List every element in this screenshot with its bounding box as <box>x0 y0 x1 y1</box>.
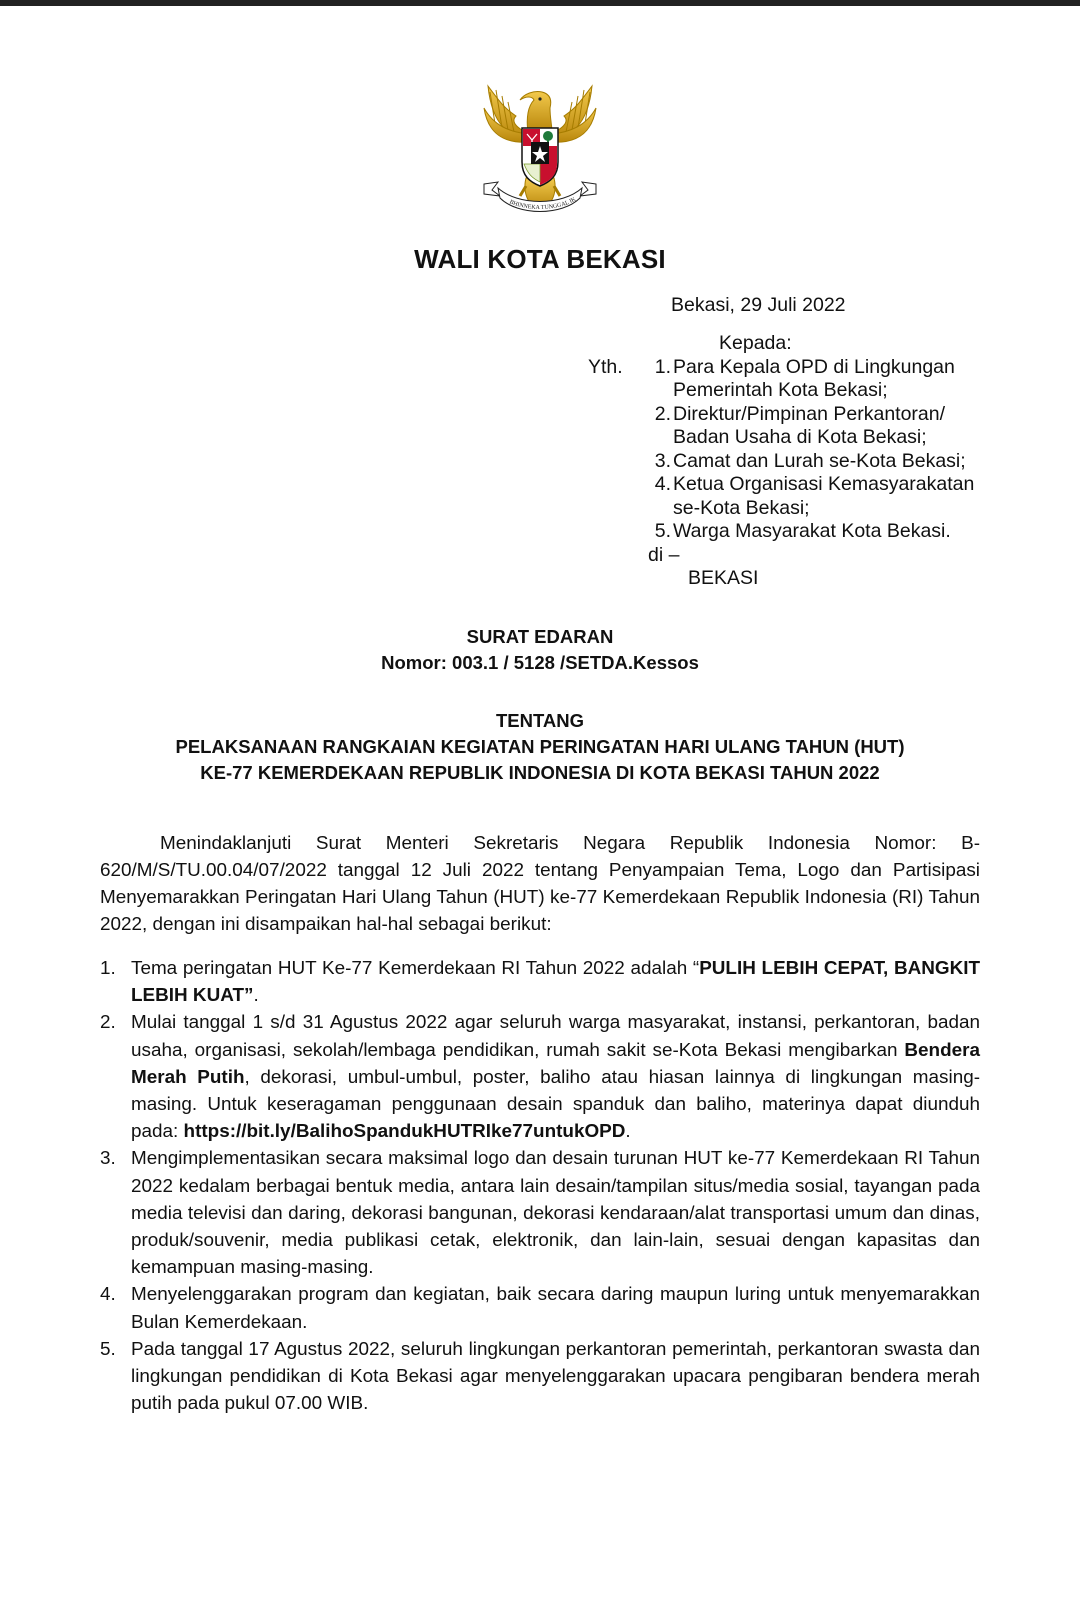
point-number: 5. <box>100 1336 131 1418</box>
point-text: Tema peringatan HUT Ke-77 Kemerdekaan RI… <box>131 955 980 1009</box>
point-number: 3. <box>100 1145 131 1281</box>
point-text: Mulai tanggal 1 s/d 31 Agustus 2022 agar… <box>131 1009 980 1145</box>
point-number: 1. <box>100 955 131 1009</box>
point-text: Menyelenggarakan program dan kegiatan, b… <box>131 1281 980 1335</box>
recipient-text: Para Kepala OPD di Lingkungan <box>671 356 955 380</box>
recipient-text: Pemerintah Kota Bekasi; <box>671 379 888 403</box>
recipient-text: Direktur/Pimpinan Perkantoran/ <box>671 403 945 427</box>
recipient-number: 1. <box>648 356 671 380</box>
recipient-number: 4. <box>648 473 671 497</box>
recipient-item: 2. Direktur/Pimpinan Perkantoran/ <box>600 403 974 427</box>
place-date: Bekasi, 29 Juli 2022 <box>671 294 846 317</box>
point-text: Mengimplementasikan secara maksimal logo… <box>131 1145 980 1281</box>
points-list: 1. Tema peringatan HUT Ke-77 Kemerdekaan… <box>100 955 980 1417</box>
recipient-item: 5. Warga Masyarakat Kota Bekasi. <box>600 520 974 544</box>
subject-line-2: KE-77 KEMERDEKAAN REPUBLIK INDONESIA DI … <box>0 760 1080 786</box>
recipient-text: Camat dan Lurah se-Kota Bekasi; <box>671 450 966 474</box>
about-label: TENTANG <box>0 708 1080 734</box>
point-item: 5. Pada tanggal 17 Agustus 2022, seluruh… <box>100 1336 980 1418</box>
circular-heading: SURAT EDARAN Nomor: 003.1 / 5128 /SETDA.… <box>0 624 1080 676</box>
point-item: 2. Mulai tanggal 1 s/d 31 Agustus 2022 a… <box>100 1009 980 1145</box>
recipient-number: 3. <box>648 450 671 474</box>
recipient-item: 4. Ketua Organisasi Kemasyarakatan <box>600 473 974 497</box>
download-link[interactable]: https://bit.ly/BalihoSpandukHUTRIke77unt… <box>184 1121 626 1142</box>
point-text: Pada tanggal 17 Agustus 2022, seluruh li… <box>131 1336 980 1418</box>
recipient-number: 2. <box>648 403 671 427</box>
circular-number: Nomor: 003.1 / 5128 /SETDA.Kessos <box>0 650 1080 676</box>
garuda-pancasila-emblem-icon: BHINNEKA TUNGGAL IKA <box>470 78 610 226</box>
recipient-text: Warga Masyarakat Kota Bekasi. <box>671 520 951 544</box>
di-label: di – <box>648 544 679 568</box>
subject-heading: TENTANG PELAKSANAAN RANGKAIAN KEGIATAN P… <box>0 708 1080 786</box>
recipient-text: se-Kota Bekasi; <box>671 497 810 521</box>
recipient-item: 3. Camat dan Lurah se-Kota Bekasi; <box>600 450 974 474</box>
to-label: Kepada: <box>671 332 792 356</box>
yth-label: Yth. <box>588 356 648 380</box>
recipient-text: Badan Usaha di Kota Bekasi; <box>671 426 927 450</box>
point-item: 1. Tema peringatan HUT Ke-77 Kemerdekaan… <box>100 955 980 1009</box>
recipient-number: 5. <box>648 520 671 544</box>
issuer-title: WALI KOTA BEKASI <box>0 244 1080 275</box>
point-item: 4. Menyelenggarakan program dan kegiatan… <box>100 1281 980 1335</box>
point-number: 2. <box>100 1009 131 1145</box>
point-item: 3. Mengimplementasikan secara maksimal l… <box>100 1145 980 1281</box>
circular-title: SURAT EDARAN <box>0 624 1080 650</box>
destination: BEKASI <box>648 567 758 591</box>
subject-line-1: PELAKSANAAN RANGKAIAN KEGIATAN PERINGATA… <box>0 734 1080 760</box>
recipient-text: Ketua Organisasi Kemasyarakatan <box>671 473 974 497</box>
point-number: 4. <box>100 1281 131 1335</box>
recipient-block: Kepada: Yth. 1. Para Kepala OPD di Lingk… <box>600 332 974 591</box>
intro-paragraph: Menindaklanjuti Surat Menteri Sekretaris… <box>100 830 980 938</box>
top-bar <box>0 0 1080 6</box>
recipient-item: Yth. 1. Para Kepala OPD di Lingkungan <box>600 356 974 380</box>
